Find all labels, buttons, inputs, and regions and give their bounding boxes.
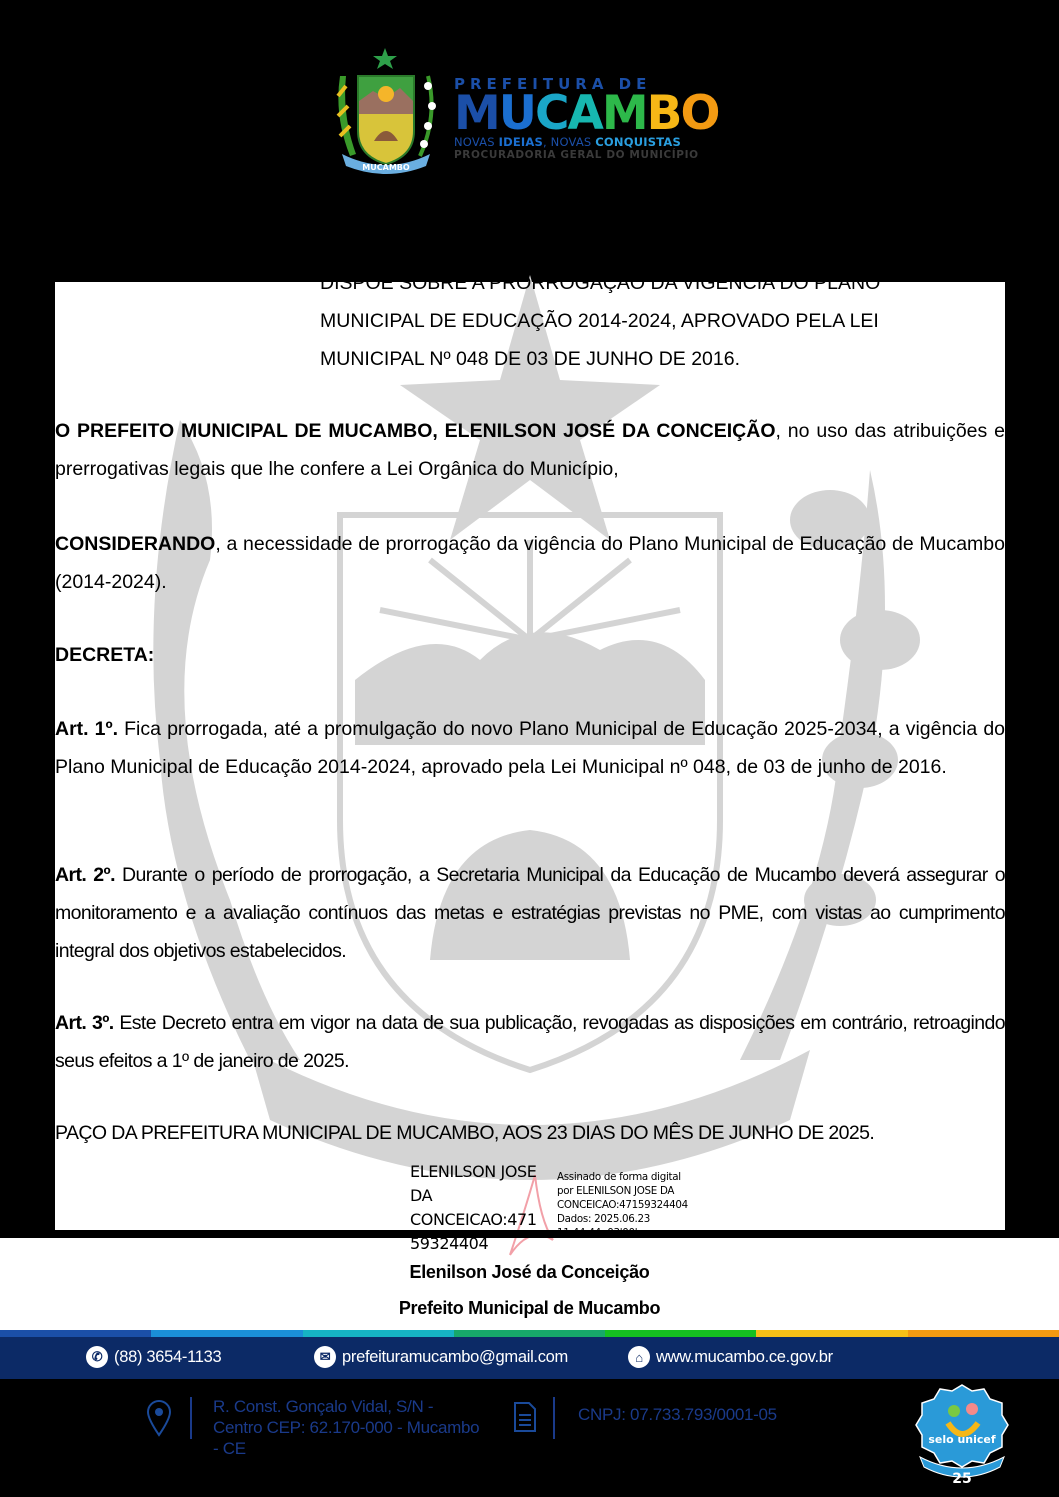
signer-certificate-name: ELENILSON JOSE DA CONCEICAO:471 59324404	[410, 1160, 560, 1256]
phone-icon: ✆	[86, 1346, 108, 1368]
article-1: Art. 1º. Fica prorrogada, até a promulga…	[55, 710, 1005, 786]
signer-name: Elenilson José da Conceição	[0, 1262, 1059, 1283]
email-contact[interactable]: ✉ prefeituramucambo@gmail.com	[314, 1346, 568, 1368]
stripe-segment	[908, 1330, 1059, 1337]
svg-text:MUCAMBO: MUCAMBO	[362, 163, 410, 172]
letterhead: MUCAMBO PREFEITURA DE MUCAMBO NOVAS IDEI…	[0, 0, 1059, 282]
digital-signature: ELENILSON JOSE DA CONCEICAO:471 59324404…	[410, 1160, 730, 1260]
contact-bar: ✆ (88) 3654-1133 ✉ prefeituramucambo@gma…	[0, 1337, 1059, 1379]
decree-summary: DISPÕE SOBRE A PRORROGAÇÃO DA VIGÊNCIA D…	[320, 264, 1004, 378]
closing-statement: PAÇO DA PREFEITURA MUNICIPAL DE MUCAMBO,…	[55, 1114, 1005, 1152]
separator	[553, 1397, 555, 1439]
stripe-segment	[756, 1330, 907, 1337]
preamble: O PREFEITO MUNICIPAL DE MUCAMBO, ELENILS…	[55, 412, 1005, 488]
cnpj-text: CNPJ: 07.733.793/0001-05	[578, 1405, 777, 1425]
municipal-logo: MUCAMBO PREFEITURA DE MUCAMBO NOVAS IDEI…	[328, 46, 738, 176]
svg-text:selo unicef: selo unicef	[928, 1433, 996, 1446]
unicef-seal-badge-icon: selo unicef 25	[912, 1383, 1012, 1493]
signer-role: Prefeito Municipal de Mucambo	[0, 1298, 1059, 1319]
envelope-icon: ✉	[314, 1346, 336, 1368]
department-name: PROCURADORIA GERAL DO MUNICÍPIO	[454, 149, 744, 162]
address-bar: R. Const. Gonçalo Vidal, S/N - Centro CE…	[0, 1379, 1059, 1497]
location-pin-icon	[146, 1399, 172, 1437]
stripe-segment	[303, 1330, 454, 1337]
coat-of-arms-icon: MUCAMBO	[328, 46, 443, 176]
divider	[0, 1230, 1059, 1238]
color-stripe	[0, 1330, 1059, 1337]
address-text: R. Const. Gonçalo Vidal, S/N - Centro CE…	[213, 1396, 483, 1459]
brand-wordmark: PREFEITURA DE MUCAMBO NOVAS IDEIAS, NOVA…	[454, 76, 744, 162]
stripe-segment	[0, 1330, 151, 1337]
brand-name: MUCAMBO	[454, 92, 744, 136]
separator	[190, 1397, 192, 1439]
document-icon	[513, 1401, 537, 1433]
website-link[interactable]: ⌂ www.mucambo.ce.gov.br	[628, 1346, 833, 1368]
decreta-heading: DECRETA:	[55, 636, 1005, 674]
stripe-segment	[151, 1330, 302, 1337]
article-2: Art. 2º. Durante o período de prorrogaçã…	[55, 856, 1005, 970]
article-3: Art. 3º. Este Decreto entra em vigor na …	[55, 1004, 1005, 1080]
home-icon: ⌂	[628, 1346, 650, 1368]
considerando-clause: CONSIDERANDO, a necessidade de prorrogaç…	[55, 525, 1005, 601]
svg-text:25: 25	[952, 1471, 971, 1487]
stripe-segment	[454, 1330, 605, 1337]
stripe-segment	[605, 1330, 756, 1337]
phone-contact[interactable]: ✆ (88) 3654-1133	[86, 1346, 221, 1368]
